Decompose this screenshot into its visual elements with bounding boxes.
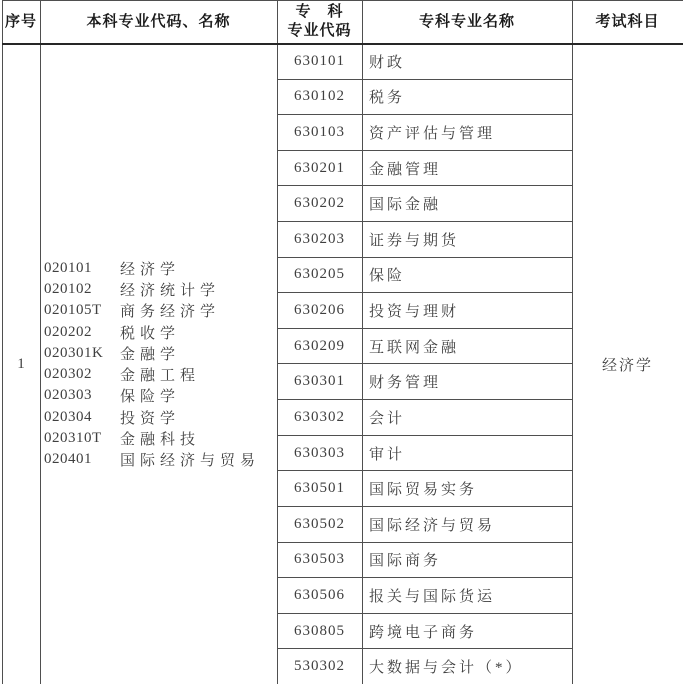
college-major-code: 630102 <box>277 80 362 116</box>
undergrad-major-code: 020401 <box>44 451 120 468</box>
header-college-code: 专 科 专业代码 <box>277 0 362 44</box>
serial-number-cell: 1 <box>2 44 40 684</box>
college-major-name: 互联网金融 <box>362 329 572 365</box>
college-major-name: 审计 <box>362 436 572 472</box>
header-undergrad-label: 本科专业代码、名称 <box>86 13 230 32</box>
undergrad-major-item: 020101经济学 <box>40 258 277 279</box>
undergrad-major-code: 020303 <box>44 387 120 404</box>
undergrad-major-name: 国际经济与贸易 <box>120 449 260 470</box>
undergrad-major-name: 经济学 <box>120 258 180 279</box>
college-major-name: 国际贸易实务 <box>362 471 572 507</box>
exam-subject-cell: 经济学 <box>572 44 683 684</box>
college-major-name: 税务 <box>362 80 572 116</box>
undergrad-major-item: 020302金融工程 <box>40 364 277 385</box>
header-exam-label: 考试科目 <box>595 13 659 32</box>
header-college-name-label: 专科专业名称 <box>419 13 515 32</box>
undergrad-major-item: 020304投资学 <box>40 407 277 428</box>
college-major-code: 630502 <box>277 507 362 543</box>
college-major-code: 630201 <box>277 151 362 187</box>
college-major-code: 630203 <box>277 222 362 258</box>
undergrad-major-item: 020105T商务经济学 <box>40 300 277 321</box>
undergrad-major-code: 020101 <box>44 260 120 277</box>
header-college-code-line2: 专业代码 <box>287 22 351 41</box>
undergrad-major-name: 金融工程 <box>120 364 200 385</box>
college-major-name: 资产评估与管理 <box>362 115 572 151</box>
undergrad-major-list: 020101经济学020102经济统计学020105T商务经济学020202税收… <box>40 44 277 684</box>
header-serial-label: 序号 <box>5 13 37 32</box>
undergrad-major-code: 020304 <box>44 409 120 426</box>
college-major-code: 630303 <box>277 436 362 472</box>
undergrad-major-name: 金融科技 <box>120 428 200 449</box>
undergrad-major-item: 020303保险学 <box>40 385 277 406</box>
undergrad-major-name: 保险学 <box>120 385 180 406</box>
college-major-code: 630206 <box>277 293 362 329</box>
undergrad-major-name: 经济统计学 <box>120 279 220 300</box>
college-major-name: 会计 <box>362 400 572 436</box>
college-major-code: 630209 <box>277 329 362 365</box>
undergrad-major-item: 020202税收学 <box>40 321 277 342</box>
college-major-name: 国际经济与贸易 <box>362 507 572 543</box>
header-undergrad-major: 本科专业代码、名称 <box>40 0 277 44</box>
major-mapping-table: 序号 本科专业代码、名称 专 科 专业代码 专科专业名称 考试科目 1 0201… <box>0 0 683 684</box>
undergrad-major-code: 020301K <box>44 345 120 362</box>
undergrad-major-item: 020310T金融科技 <box>40 428 277 449</box>
college-major-code: 630506 <box>277 578 362 614</box>
college-major-code: 630205 <box>277 258 362 294</box>
college-major-name: 财务管理 <box>362 364 572 400</box>
undergrad-major-name: 税收学 <box>120 322 180 343</box>
header-serial-number: 序号 <box>2 0 40 44</box>
college-major-name: 金融管理 <box>362 151 572 187</box>
college-major-name: 证券与期货 <box>362 222 572 258</box>
college-major-name: 报关与国际货运 <box>362 578 572 614</box>
college-major-name: 投资与理财 <box>362 293 572 329</box>
undergrad-major-code: 020310T <box>44 430 120 447</box>
header-college-name: 专科专业名称 <box>362 0 572 44</box>
college-name-column: 财政税务资产评估与管理金融管理国际金融证券与期货保险投资与理财互联网金融财务管理… <box>362 44 572 684</box>
college-major-name: 国际金融 <box>362 186 572 222</box>
undergrad-major-name: 金融学 <box>120 343 180 364</box>
college-major-code: 630202 <box>277 186 362 222</box>
college-code-column: 6301016301026301036302016302026302036302… <box>277 44 362 684</box>
college-major-code: 530302 <box>277 649 362 684</box>
college-major-code: 630301 <box>277 364 362 400</box>
college-major-code: 630805 <box>277 614 362 650</box>
college-major-code: 630101 <box>277 44 362 80</box>
undergrad-major-code: 020302 <box>44 366 120 383</box>
undergrad-major-item: 020401国际经济与贸易 <box>40 449 277 470</box>
college-major-name: 国际商务 <box>362 543 572 579</box>
college-major-code: 630103 <box>277 115 362 151</box>
undergrad-major-code: 020102 <box>44 281 120 298</box>
undergrad-major-code: 020202 <box>44 324 120 341</box>
college-major-name: 保险 <box>362 258 572 294</box>
college-major-name: 跨境电子商务 <box>362 614 572 650</box>
undergrad-major-code: 020105T <box>44 302 120 319</box>
undergrad-major-item: 020102经济统计学 <box>40 279 277 300</box>
header-exam-subject: 考试科目 <box>572 0 683 44</box>
undergrad-major-name: 投资学 <box>120 407 180 428</box>
undergrad-major-name: 商务经济学 <box>120 300 220 321</box>
college-major-code: 630501 <box>277 471 362 507</box>
college-major-name: 大数据与会计（*） <box>362 649 572 684</box>
college-major-name: 财政 <box>362 44 572 80</box>
header-college-code-line1: 专 科 <box>295 3 343 22</box>
college-major-code: 630302 <box>277 400 362 436</box>
undergrad-major-item: 020301K金融学 <box>40 343 277 364</box>
college-major-code: 630503 <box>277 543 362 579</box>
